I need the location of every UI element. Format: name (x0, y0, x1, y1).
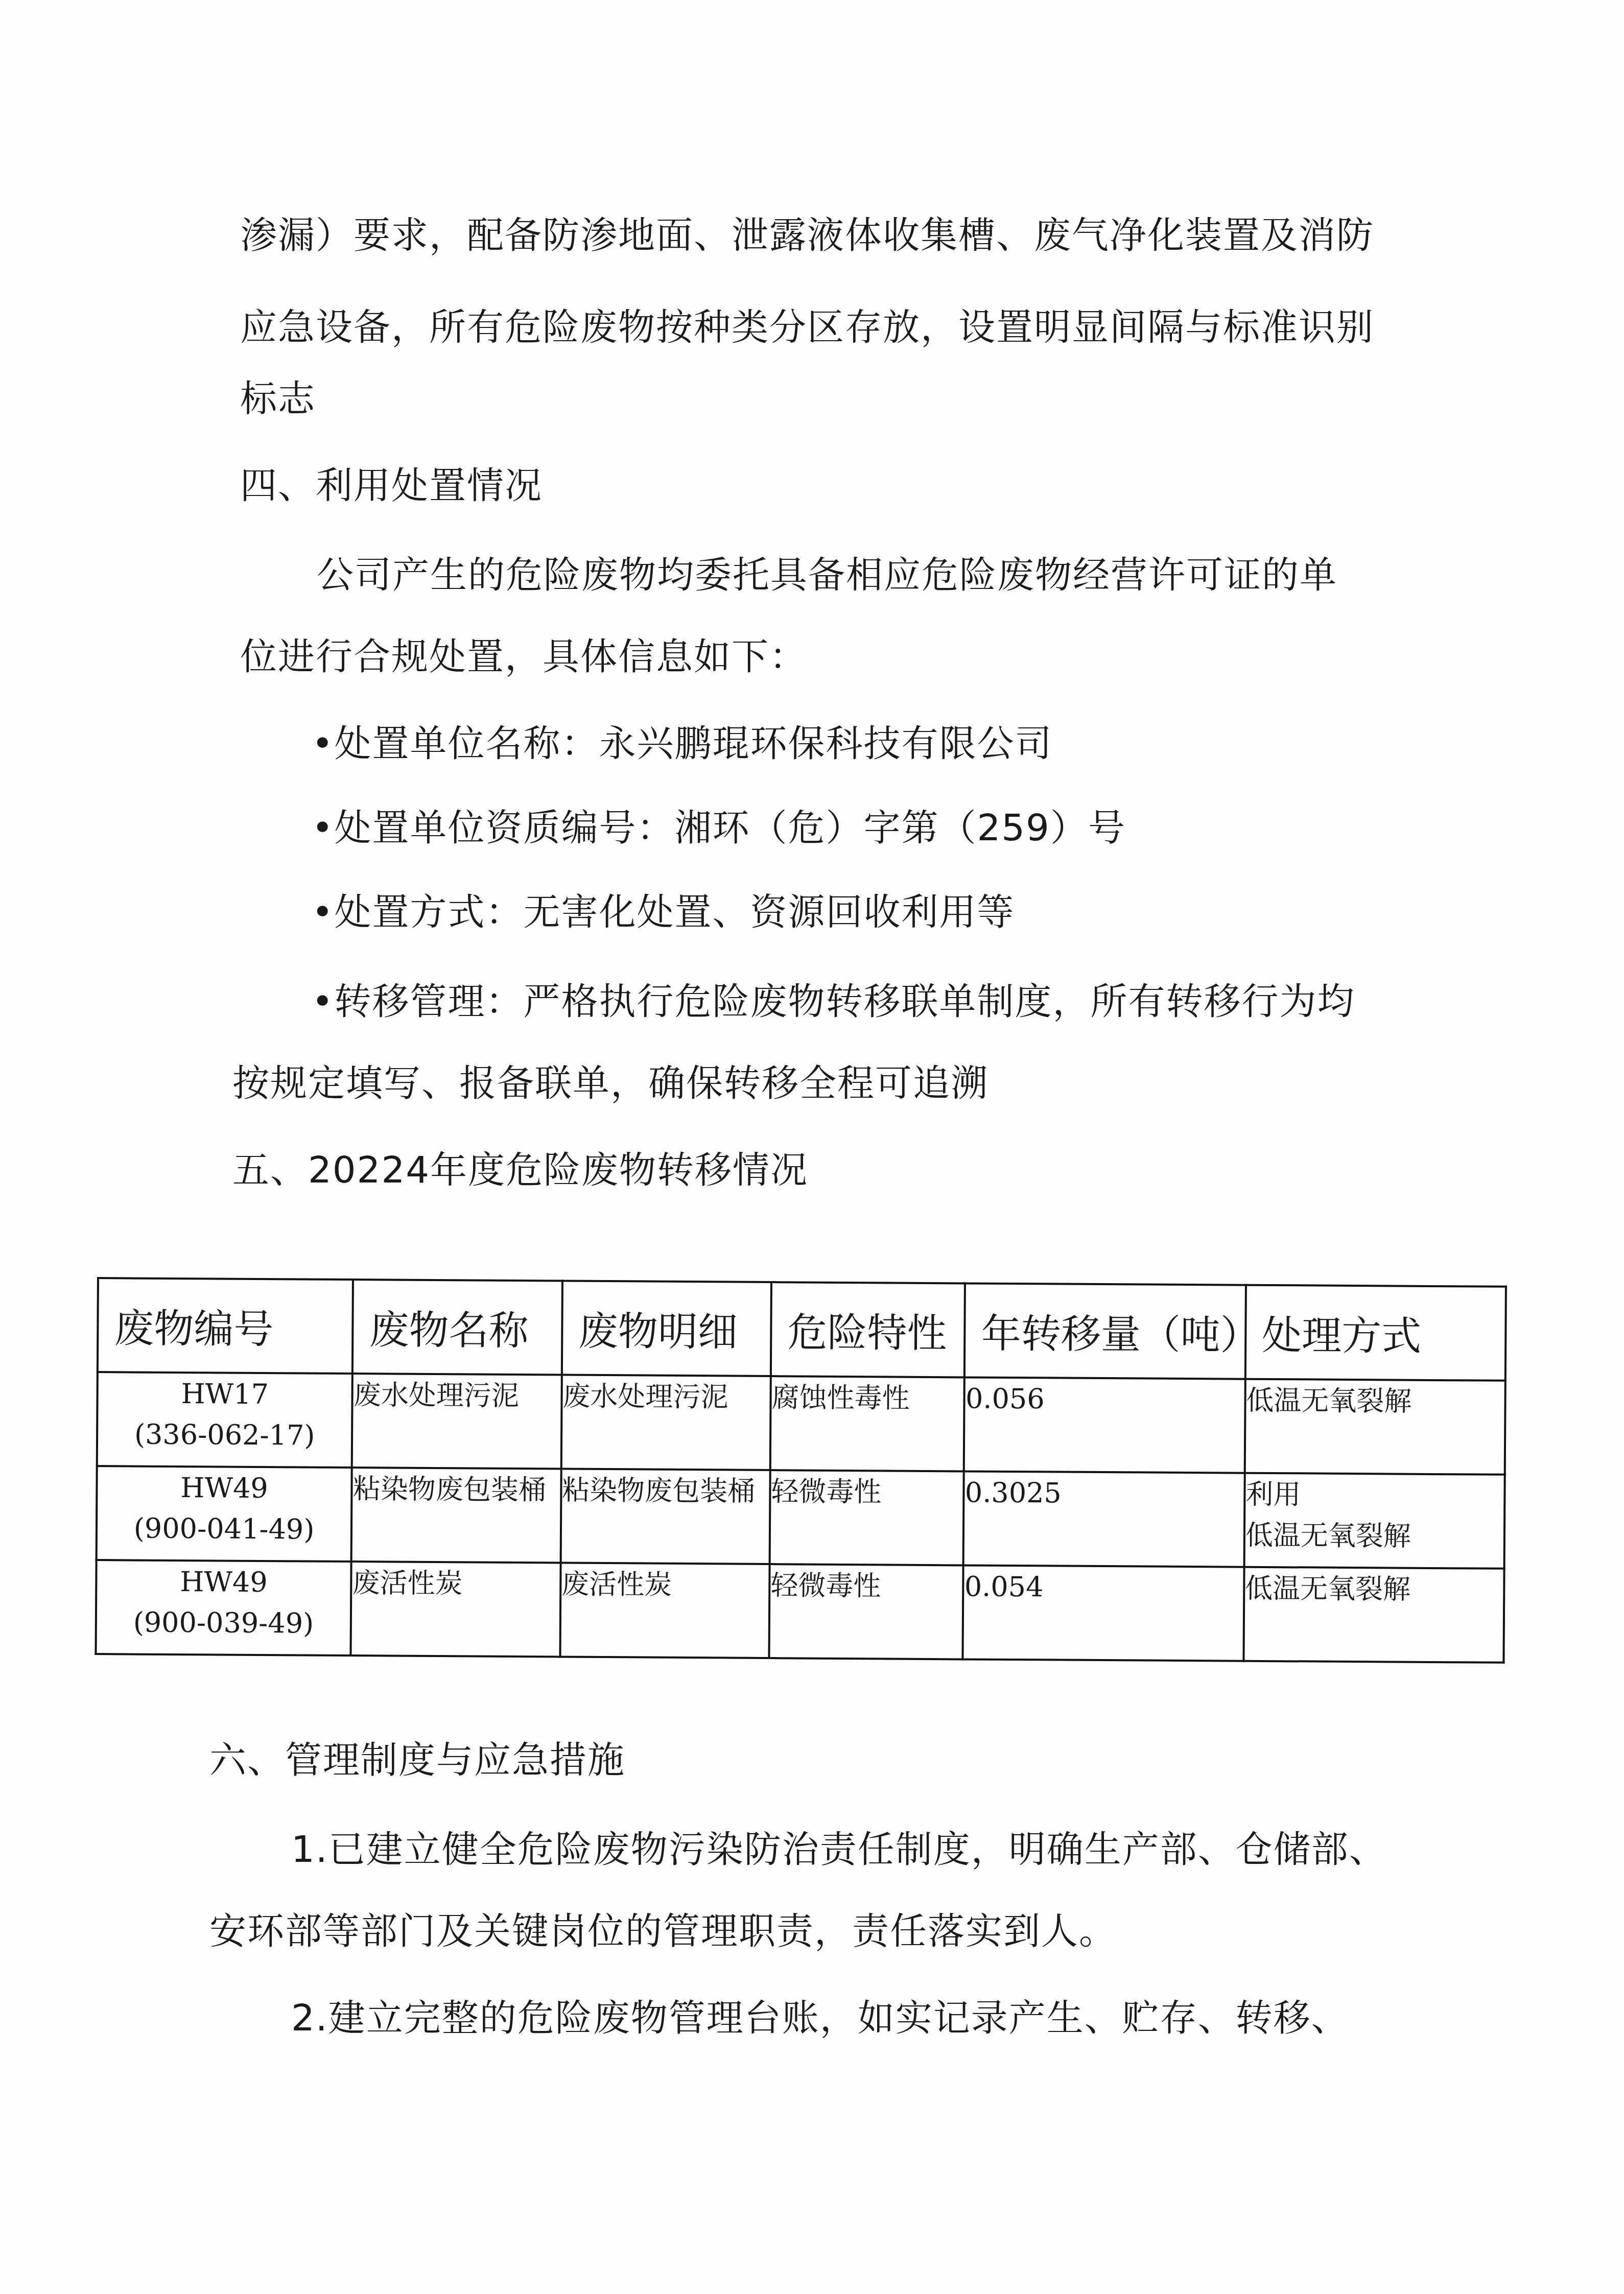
waste-name-cell: 废活性炭 (351, 1562, 560, 1657)
header-method: 处理方式 (1245, 1285, 1506, 1381)
method-cell: 利用 低温无氧裂解 (1244, 1473, 1504, 1569)
section-heading-4: 四、利用处置情况 (240, 462, 543, 508)
paragraph-line: 应急设备，所有危险废物按种类分区存放，设置明显间隔与标准识别 (240, 304, 1374, 350)
waste-code-cell: HW17 (336-062-17) (97, 1372, 352, 1468)
waste-class: HW49 (97, 1561, 350, 1603)
bullet-item: •转移管理：严格执行危险废物转移联单制度，所有转移行为均 (312, 978, 1355, 1024)
method-cell: 低温无氧裂解 (1245, 1379, 1505, 1475)
bullet-item: •处置单位名称：永兴鹏琨环保科技有限公司 (312, 720, 1052, 766)
waste-number: (900-041-49) (98, 1508, 351, 1550)
waste-code-cell: HW49 (900-041-49) (97, 1466, 352, 1562)
hazard-cell: 轻微毒性 (769, 1564, 963, 1659)
table-row: HW49 (900-039-49) 废活性炭 废活性炭 轻微毒性 0.054 低… (96, 1560, 1504, 1663)
section-heading-6: 六、管理制度与应急措施 (209, 1737, 625, 1783)
header-waste-code: 废物编号 (98, 1278, 353, 1374)
bullet-item: •处置单位资质编号：湘环（危）字第（259）号 (312, 805, 1126, 850)
waste-number: (336-062-17) (98, 1414, 351, 1456)
waste-name-cell: 废水处理污泥 (352, 1374, 561, 1469)
qty-cell: 0.056 (964, 1377, 1245, 1473)
hazard-cell: 腐蚀性毒性 (770, 1376, 965, 1471)
header-hazard: 危险特性 (771, 1282, 966, 1377)
table-header-row: 废物编号 废物名称 废物明细 危险特性 年转移量（吨） 处理方式 (98, 1278, 1506, 1381)
waste-class: HW49 (98, 1467, 351, 1509)
waste-name-cell: 粘染物废包装桶 (351, 1468, 561, 1563)
paragraph-line: 1.已建立健全危险废物污染防治责任制度，明确生产部、仓储部、 (291, 1826, 1387, 1872)
hazard-cell: 轻微毒性 (770, 1470, 964, 1565)
bullet-item: •处置方式：无害化处置、资源回收利用等 (312, 889, 1015, 935)
paragraph-line: 位进行合规处置，具体信息如下： (240, 633, 807, 679)
waste-class: HW17 (98, 1373, 351, 1415)
method-line: 低温无氧裂解 (1246, 1380, 1504, 1423)
method-line: 利用 (1245, 1474, 1504, 1517)
paragraph-line: 按规定填写、报备联单，确保转移全程可追溯 (232, 1060, 988, 1106)
waste-detail-cell: 废活性炭 (560, 1563, 769, 1658)
document-page: 渗漏）要求，配备防渗地面、泄露液体收集槽、废气净化装置及消防 应急设备，所有危险… (0, 0, 1624, 2294)
paragraph-line: 渗漏）要求，配备防渗地面、泄露液体收集槽、废气净化装置及消防 (240, 212, 1374, 258)
header-annual-qty: 年转移量（吨） (964, 1283, 1246, 1379)
method-line: 低温无氧裂解 (1245, 1515, 1504, 1557)
header-waste-detail: 废物明细 (562, 1281, 771, 1376)
section-heading-5: 五、20224年度危险废物转移情况 (232, 1147, 808, 1193)
paragraph-line: 安环部等部门及关键岗位的管理职责，责任落实到人。 (209, 1908, 1117, 1954)
table-row: HW17 (336-062-17) 废水处理污泥 废水处理污泥 腐蚀性毒性 0.… (97, 1372, 1505, 1475)
waste-code-cell: HW49 (900-039-49) (96, 1560, 351, 1656)
paragraph-line: 2.建立完整的危险废物管理台账，如实记录产生、贮存、转移、 (291, 1995, 1349, 2041)
qty-cell: 0.3025 (963, 1471, 1245, 1567)
method-cell: 低温无氧裂解 (1243, 1567, 1504, 1663)
paragraph-line: 标志 (240, 375, 316, 421)
waste-detail-cell: 废水处理污泥 (561, 1375, 770, 1470)
waste-number: (900-039-49) (97, 1602, 350, 1644)
method-line: 低温无氧裂解 (1245, 1568, 1503, 1611)
table-row: HW49 (900-041-49) 粘染物废包装桶 粘染物废包装桶 轻微毒性 0… (97, 1466, 1505, 1569)
waste-detail-cell: 粘染物废包装桶 (560, 1469, 770, 1564)
qty-cell: 0.054 (963, 1565, 1244, 1661)
paragraph-line: 公司产生的危险废物均委托具备相应危险废物经营许可证的单 (317, 552, 1337, 598)
waste-transfer-table: 废物编号 废物名称 废物明细 危险特性 年转移量（吨） 处理方式 HW17 (3… (95, 1277, 1507, 1664)
header-waste-name: 废物名称 (352, 1280, 562, 1375)
